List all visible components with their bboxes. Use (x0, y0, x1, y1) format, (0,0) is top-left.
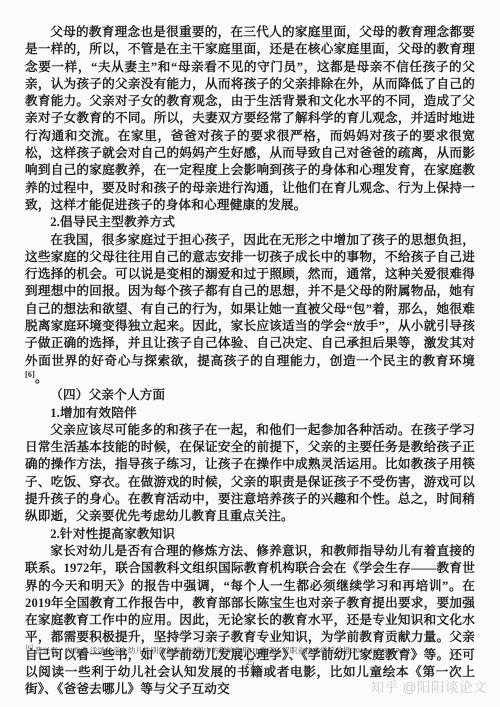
paragraph-democratic-text: 在我国，很多家庭过于担心孩子，因此在无形之中增加了孩子的思想负担，这些家庭的父母… (25, 233, 475, 368)
citation-ref-6: [6] (25, 370, 35, 379)
document-body: 父母的教育理念也是很重要的，在三代人的家庭里面，父母的教育理念都要是一样的，所以… (25, 24, 475, 699)
paragraph-effective-companionship: 父亲应该尽可能多的和孩子在一起，和他们一起参加各种活动。在孩子学习日常生活基本技… (25, 422, 475, 526)
document-page: 父母的教育理念也是很重要的，在三代人的家庭里面，父母的教育理念都要是一样的，所以… (0, 0, 500, 707)
paragraph-parenting-concept: 父母的教育理念也是很重要的，在三代人的家庭里面，父母的教育理念都要是一样的，所以… (25, 24, 475, 214)
heading-father-personal-aspect: （四）父亲个人方面 (25, 387, 475, 404)
heading-democratic-parenting: 2.倡导民主型教养方式 (25, 214, 475, 231)
paragraph-democratic-parenting: 在我国，很多家庭过于担心孩子，因此在无形之中增加了孩子的思想负担，这些家庭的父母… (25, 232, 475, 388)
page-number: 25 (0, 657, 500, 667)
heading-family-education-knowledge: 2.针对性提高家教知识 (25, 526, 475, 543)
footnote-text: 普兴春，向龙香.浅谈父亲在幼儿性别角色发展过程中的影响作用[J].重庆工贸职业技… (35, 646, 412, 655)
zhihu-watermark: 知乎 @阳阳谈论文 (371, 676, 487, 696)
footnote-marker: [6] (26, 645, 33, 651)
footnote: [6]普兴春，向龙香.浅谈父亲在幼儿性别角色发展过程中的影响作用[J].重庆工贸… (26, 646, 474, 656)
paragraph-democratic-tail: 。 (35, 371, 48, 385)
heading-effective-companionship: 1.增加有效陪伴 (25, 405, 475, 422)
